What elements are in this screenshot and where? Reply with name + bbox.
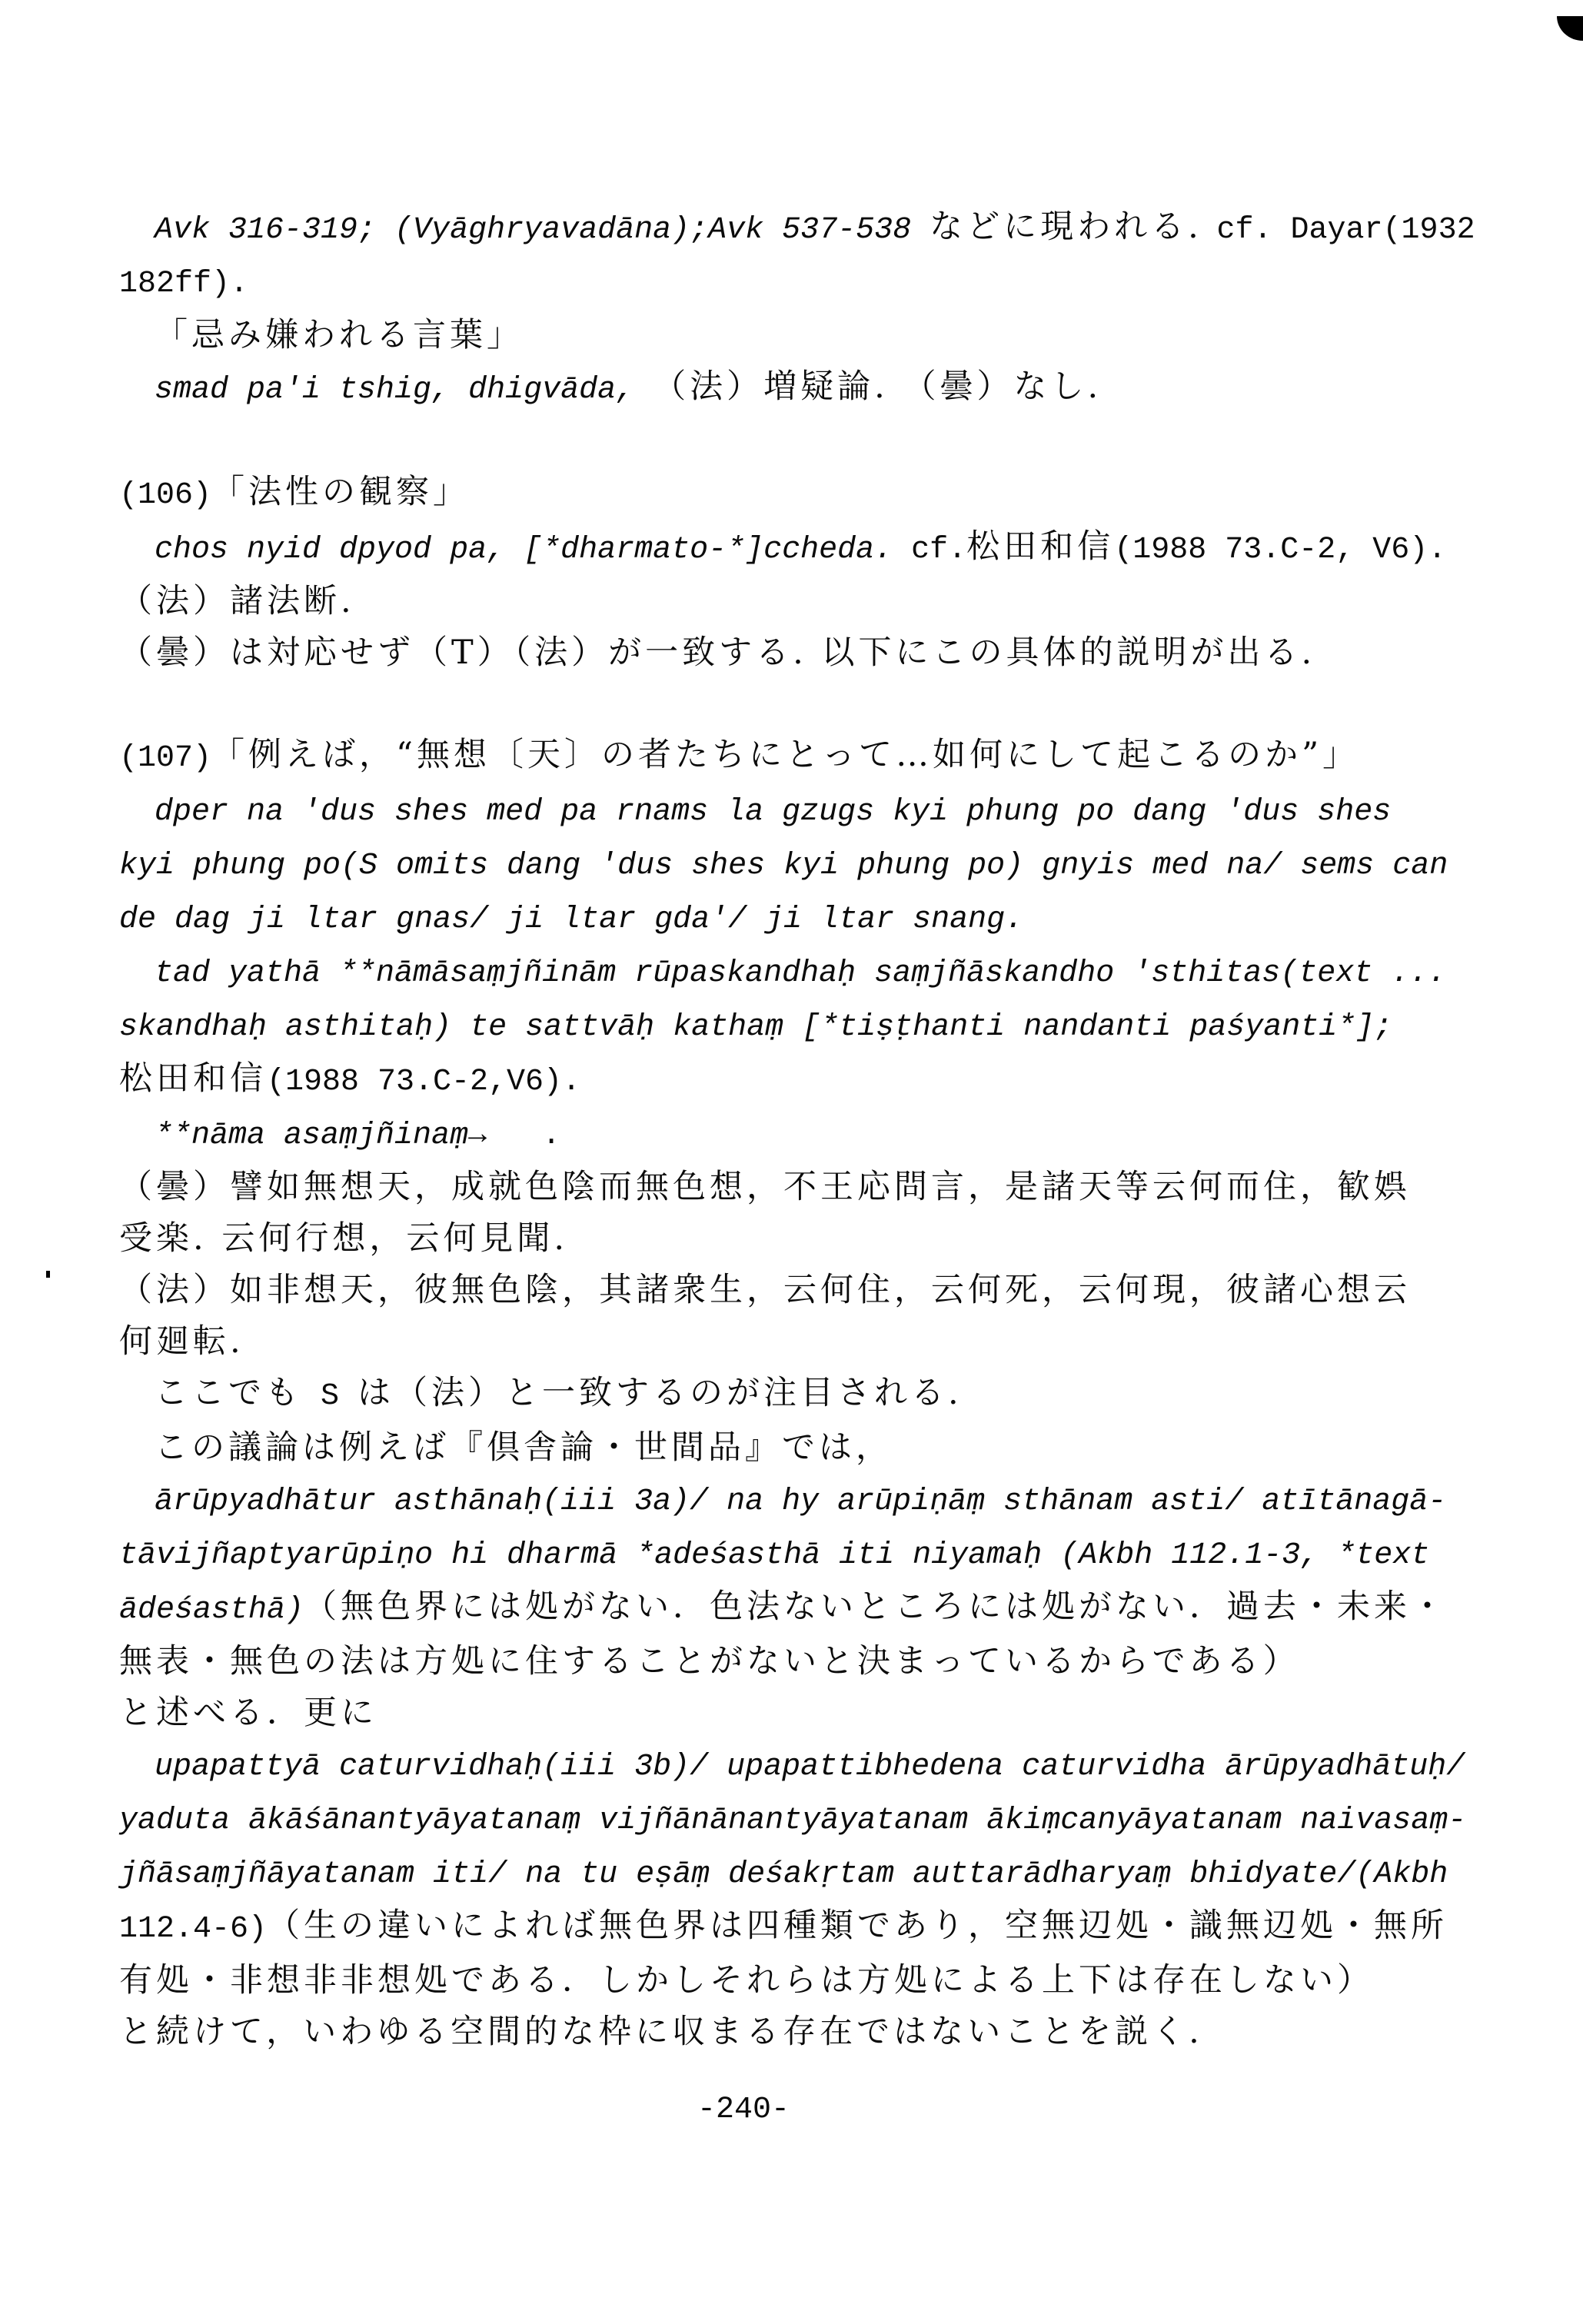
text-line: kyi phung po(S omits dang 'dus shes kyi … (119, 838, 1503, 892)
text-segment: ādeśasthā) (119, 1593, 304, 1627)
scan-margin-speck (46, 1271, 50, 1278)
text-segment: (1988 73.C-2, V6). (1114, 533, 1446, 567)
text-line: 無表・無色の法は方処に住することがないと決まっているからである） (119, 1636, 1503, 1687)
text-segment: tad yathā **nāmāsaṃjñinām rūpaskandhaḥ s… (155, 956, 1446, 991)
text-segment: 「忌み嫌われる言葉」 (155, 316, 524, 354)
text-line: dper na 'dus shes med pa rnams la gzugs … (119, 784, 1503, 838)
text-segment: (106) (119, 478, 211, 513)
text-line: 何廻転. (119, 1316, 1503, 1368)
text-line: upapattyā caturvidhaḥ(iii 3b)/ upapattib… (119, 1739, 1503, 1793)
text-line: ādeśasthā)（無色界には処がない．色法ないところには処がない．過去・未来… (119, 1581, 1503, 1636)
text-line: （法）如非想天，彼無色陰，其諸衆生，云何住，云何死，云何現，彼諸心想云 (119, 1265, 1503, 1316)
text-segment: （法）諸法断. (119, 582, 355, 620)
text-line: （曇）は対応せず（T）（法）が一致する. 以下にこの具体的説明が出る. (119, 627, 1503, 679)
text-segment: tāvijñaptyarūpiṇo hi dharmā *adeśasthā i… (119, 1538, 1429, 1573)
text-line: (107)「例えば，“無想〔天〕の者たちにとって…如何にして起こるのか”」 (119, 730, 1503, 784)
text-segment: 何廻転. (119, 1322, 244, 1361)
text-segment: kyi phung po(S omits dang 'dus shes kyi … (119, 849, 1448, 883)
text-segment: S (302, 1379, 358, 1414)
text-line: 「忌み嫌われる言葉」 (119, 310, 1503, 361)
text-segment: （曇）譬如無想天，成就色陰而無色想，不王応問言，是諸天等云何而住，歓娯 (119, 1168, 1411, 1206)
text-line: de dag ji ltar gnas/ ji ltar gda'/ ji lt… (119, 892, 1503, 946)
text-segment: （法）如非想天，彼無色陰，其諸衆生，云何住，云何死，云何現，彼諸心想云 (119, 1271, 1411, 1309)
text-segment: 「法性の観察」 (211, 473, 470, 511)
text-line: 受楽. 云何行想，云何見聞. (119, 1213, 1503, 1265)
text-segment: は（法）と一致するのが注目される. (358, 1374, 963, 1412)
text-line: 112.4-6)（生の違いによれば無色界は四種類であり，空無辺処・識無辺処・無所 (119, 1900, 1503, 1955)
text-line: jñāsaṃjñāyatanam iti/ na tu eṣāṃ deśakṛt… (119, 1847, 1503, 1900)
text-segment: 無表・無色の法は方処に住することがないと決まっているからである） (119, 1642, 1300, 1681)
text-segment: ārūpyadhātur asthānaḥ(iii 3a)/ na hy arū… (155, 1485, 1446, 1519)
text-segment: yaduta ākāśānantyāyatanaṃ vijñānānantyāy… (119, 1804, 1466, 1838)
text-segment: (1988 73.C-2,V6). (267, 1065, 580, 1099)
text-line: ここでも S は（法）と一致するのが注目される. (119, 1368, 1503, 1422)
text-segment: smad pa'i tshig, dhigvāda, (155, 373, 653, 407)
text-segment: 182ff). (119, 267, 248, 301)
text-segment: と述べる．更に (119, 1694, 377, 1732)
text-line: skandhaḥ asthitaḥ) te sattvāḥ kathaṃ [*t… (119, 999, 1503, 1053)
text-line: と続けて，いわゆる空間的な枠に収まる存在ではないことを説く. (119, 2006, 1503, 2058)
text-segment: jñāsaṃjñāyatanam iti/ na tu eṣāṃ deśakṛt… (119, 1857, 1448, 1892)
text-segment: dper na 'dus shes med pa rnams la gzugs … (155, 795, 1391, 830)
text-line: tad yathā **nāmāsaṃjñinām rūpaskandhaḥ s… (119, 946, 1503, 999)
text-line: 182ff). (119, 256, 1503, 310)
text-segment: 「例えば，“無想〔天〕の者たちにとって…如何にして起こるのか”」 (211, 736, 1359, 774)
text-segment: と続けて，いわゆる空間的な枠に収まる存在ではないことを説く. (119, 2013, 1203, 2051)
text-segment: 112.4-6) (119, 1912, 267, 1947)
page-number: -240- (0, 2093, 1487, 2127)
text-segment: （無色界には処がない．色法ないところには処がない．過去・未来・ (304, 1588, 1448, 1626)
text-line: この議論は例えば『倶舎論・世間品』では， (119, 1422, 1503, 1474)
text-segment: Avk 316-319; (Vyāghryavadāna);Avk 537-53… (155, 213, 930, 248)
text-line: ārūpyadhātur asthānaḥ(iii 3a)/ na hy arū… (119, 1474, 1503, 1528)
text-segment: ここでも (155, 1374, 302, 1412)
text-line: (106)「法性の観察」 (119, 467, 1503, 521)
text-segment: 松田和信 (966, 527, 1114, 566)
text-segment: de dag ji ltar gnas/ ji ltar gda'/ ji lt… (119, 903, 1023, 937)
text-segment: （曇）は対応せず（T）（法）が一致する. 以下にこの具体的説明が出る. (119, 633, 1315, 672)
text-segment: cf. Dayar(1932 (1217, 213, 1475, 248)
text-line: yaduta ākāśānantyāyatanaṃ vijñānānantyāy… (119, 1793, 1503, 1847)
text-segment: （法）増疑論. （曇）なし. (653, 367, 1102, 406)
text-segment: この議論は例えば『倶舎論・世間品』では， (155, 1428, 893, 1467)
text-segment: . (487, 1119, 560, 1153)
text-segment: cf. (911, 533, 966, 567)
text-line: と述べる．更に (119, 1687, 1503, 1739)
text-segment: upapattyā caturvidhaḥ(iii 3b)/ upapattib… (155, 1750, 1465, 1784)
text-line: 松田和信(1988 73.C-2,V6). (119, 1053, 1503, 1108)
text-line: **nāma asaṃjñinaṃ→ . (119, 1108, 1503, 1162)
text-segment: 松田和信 (119, 1059, 267, 1098)
text-line: tāvijñaptyarūpiṇo hi dharmā *adeśasthā i… (119, 1528, 1503, 1581)
text-line: smad pa'i tshig, dhigvāda, （法）増疑論. （曇）なし… (119, 361, 1503, 416)
text-segment: 有処・非想非非想処である．しかしそれらは方処による上下は存在しない） (119, 1961, 1374, 2000)
text-line: 有処・非想非非想処である．しかしそれらは方処による上下は存在しない） (119, 1955, 1503, 2006)
scan-corner-mark (1557, 16, 1583, 41)
text-line: chos nyid dpyod pa, [*dharmato-*]ccheda.… (119, 521, 1503, 576)
text-line: Avk 316-319; (Vyāghryavadāna);Avk 537-53… (119, 201, 1503, 256)
text-segment: (107) (119, 741, 211, 776)
text-segment: skandhaḥ asthitaḥ) te sattvāḥ kathaṃ [*t… (119, 1010, 1392, 1045)
text-segment: （生の違いによれば無色界は四種類であり，空無辺処・識無辺処・無所 (267, 1907, 1448, 1945)
text-line: （法）諸法断. (119, 576, 1503, 627)
text-segment: chos nyid dpyod pa, [*dharmato-*]ccheda. (155, 533, 911, 567)
text-line: （曇）譬如無想天，成就色陰而無色想，不王応問言，是諸天等云何而住，歓娯 (119, 1162, 1503, 1213)
text-segment: **nāma asaṃjñinaṃ→ (155, 1119, 487, 1153)
text-segment: 受楽. 云何行想，云何見聞. (119, 1219, 568, 1258)
page-body: Avk 316-319; (Vyāghryavadāna);Avk 537-53… (119, 201, 1503, 2058)
text-segment: などに現われる. (930, 208, 1216, 246)
